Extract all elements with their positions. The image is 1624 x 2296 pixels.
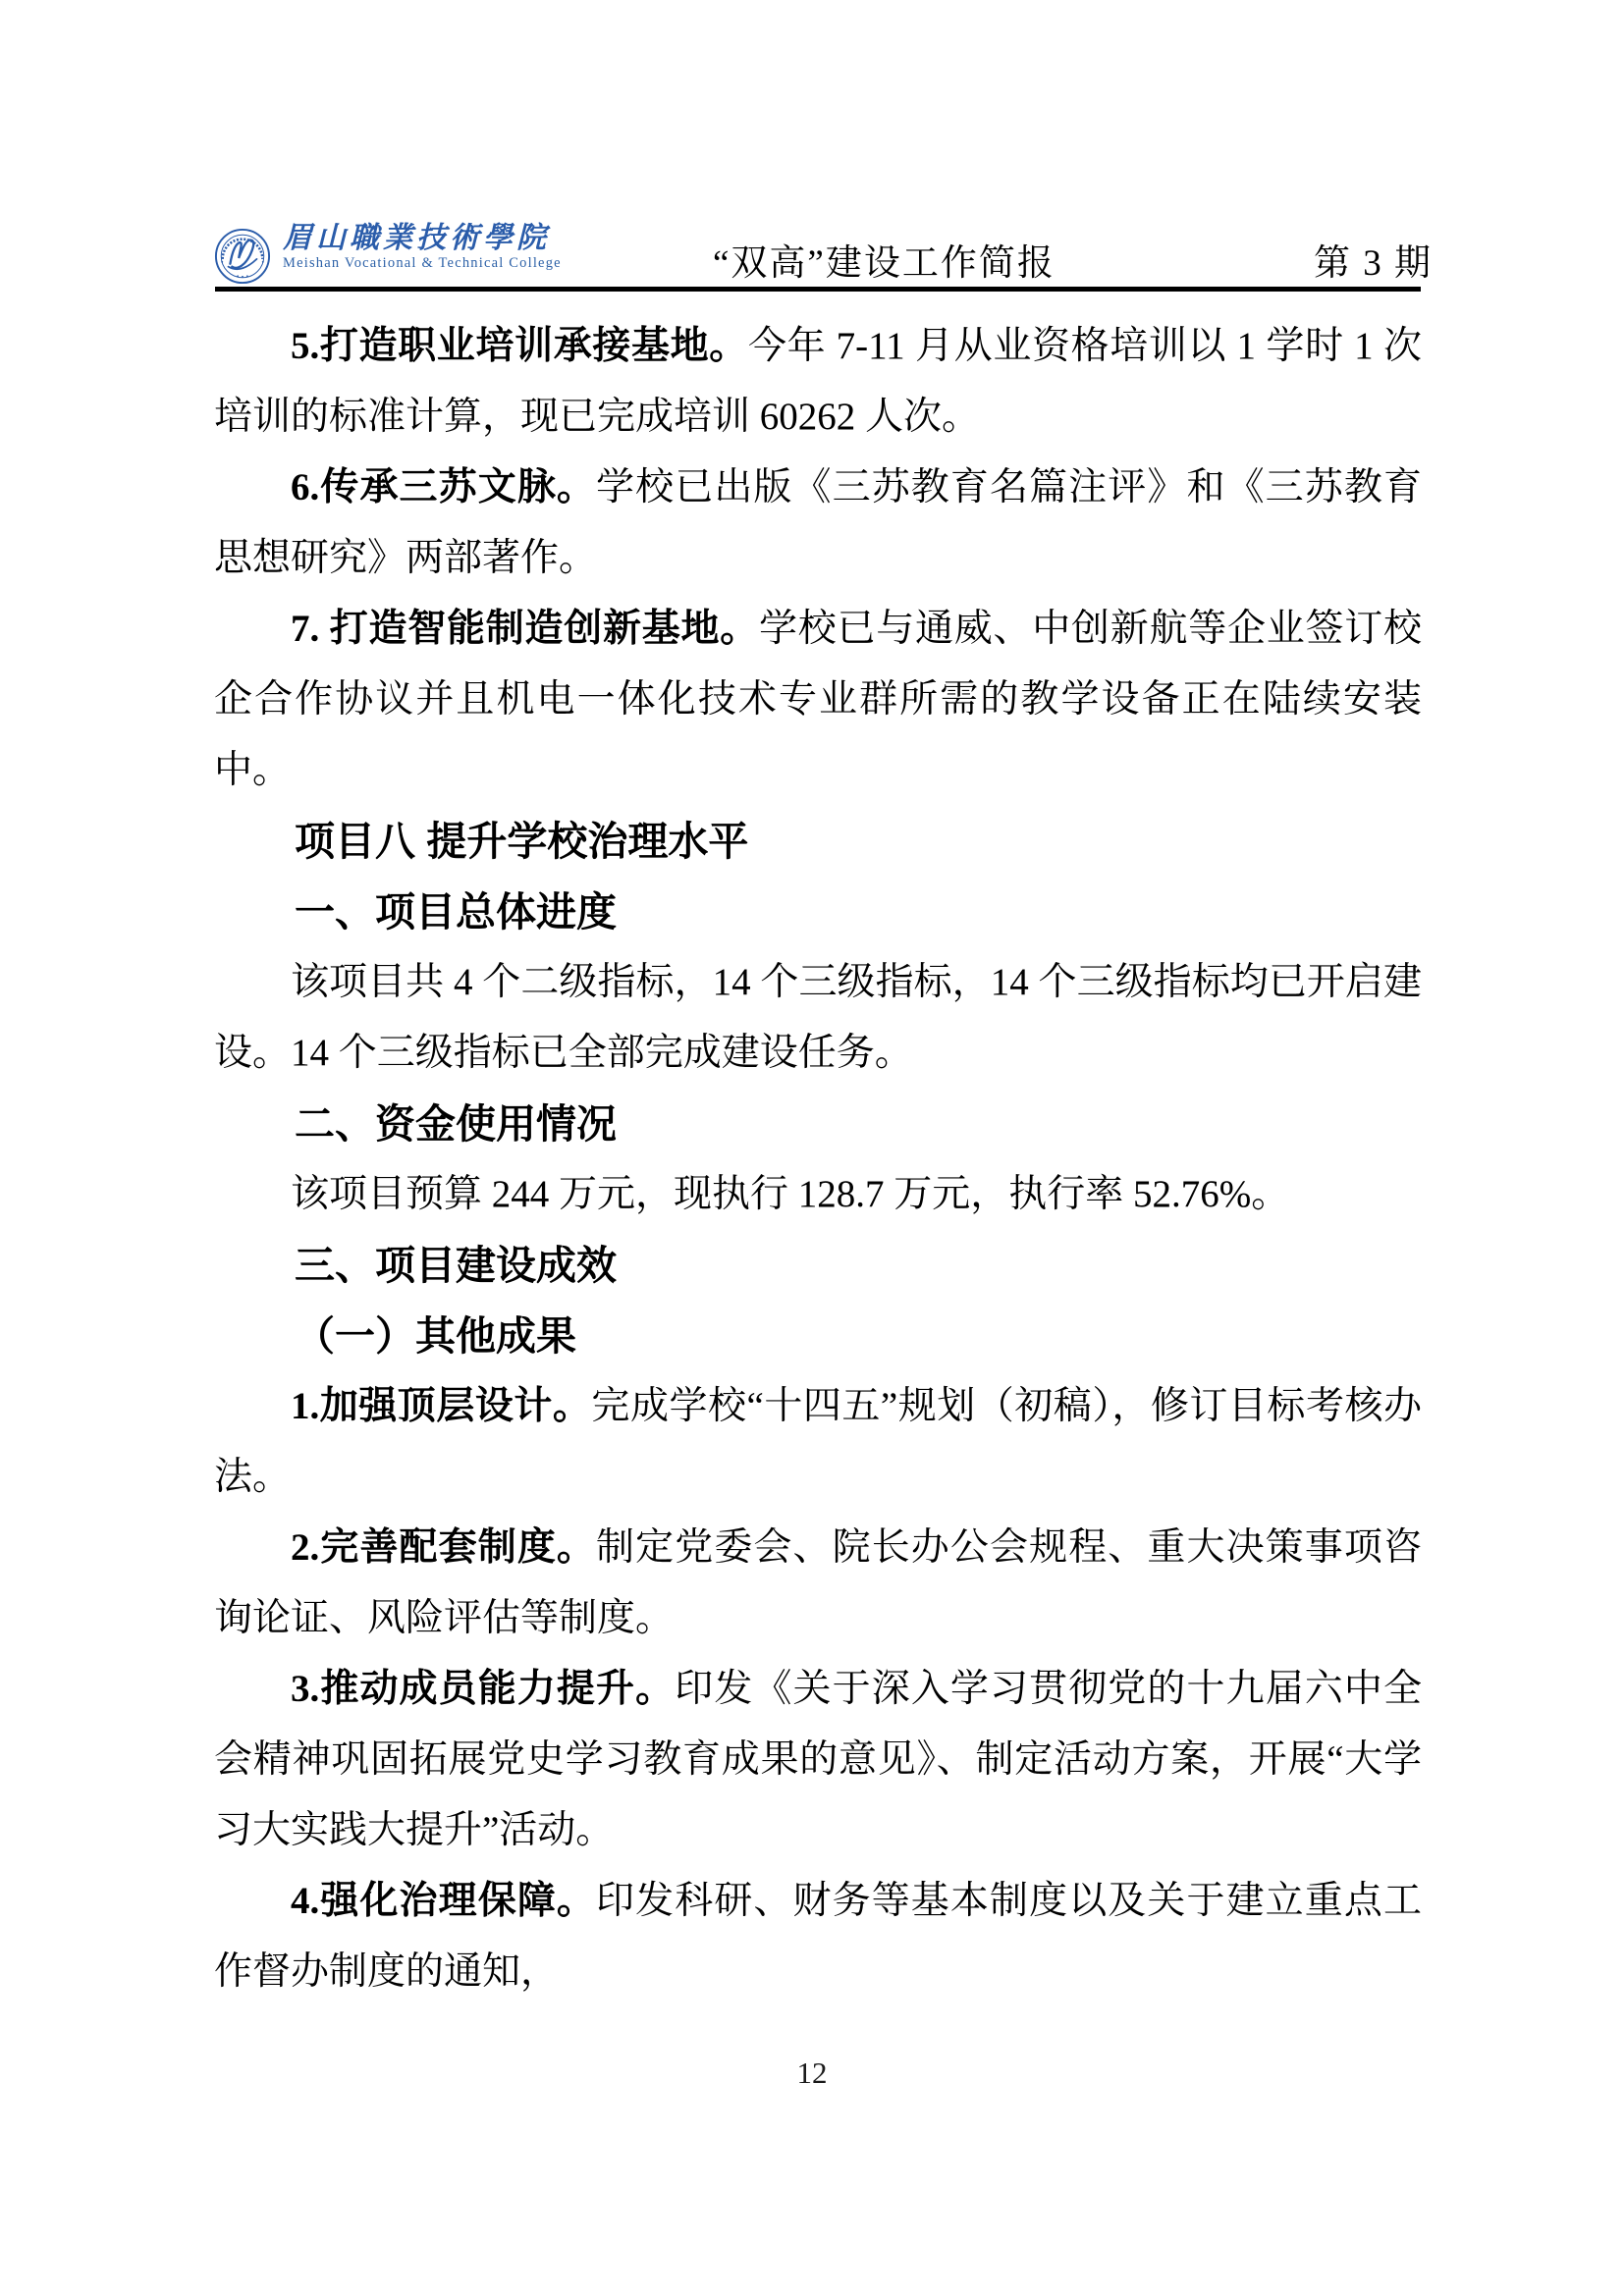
header-rule bbox=[215, 287, 1421, 292]
paragraph-lead: 1.加强顶层设计。 bbox=[291, 1385, 591, 1427]
issue-number: 第 3 期 bbox=[1314, 245, 1433, 282]
paragraph: 6.传承三苏文脉。学校已出版《三苏教育名篇注评》和《三苏教育思想研究》两部著作。 bbox=[214, 453, 1422, 594]
paragraph-lead: 2.完善配套制度。 bbox=[291, 1526, 596, 1569]
college-name-block: 眉山職業技術學院 Meishan Vocational & Technical … bbox=[283, 222, 562, 271]
college-name-zh: 眉山職業技術學院 bbox=[283, 222, 562, 255]
paragraph-text: 一、项目总体进度 bbox=[295, 889, 617, 934]
section-heading: 项目八 提升学校治理水平 bbox=[214, 806, 1422, 877]
college-name-en: Meishan Vocational & Technical College bbox=[283, 255, 562, 271]
paragraph-lead: 5.打造职业培训承接基地。 bbox=[291, 325, 748, 367]
paragraph-text: 该项目共 4 个二级指标，14 个三级指标，14 个三级指标均已开启建设。14 … bbox=[214, 961, 1422, 1074]
paragraph-lead: 4.强化治理保障。 bbox=[291, 1880, 596, 1922]
paragraph-text: 三、项目建设成效 bbox=[295, 1243, 617, 1288]
paragraph: 该项目预算 244 万元，现执行 128.7 万元，执行率 52.76%。 bbox=[214, 1159, 1422, 1230]
paragraph: 2.完善配套制度。制定党委会、院长办公会规程、重大决策事项咨询论证、风险评估等制… bbox=[214, 1513, 1422, 1654]
subsection-heading: 二、资金使用情况 bbox=[214, 1089, 1422, 1159]
paragraph: 7. 打造智能制造创新基地。学校已与通威、中创新航等企业签订校企合作协议并且机电… bbox=[214, 594, 1422, 806]
paragraph: 4.强化治理保障。印发科研、财务等基本制度以及关于建立重点工作督办制度的通知， bbox=[214, 1866, 1422, 2007]
paragraph-text: 该项目预算 244 万元，现执行 128.7 万元，执行率 52.76%。 bbox=[291, 1173, 1289, 1215]
page-number: 12 bbox=[0, 2056, 1624, 2091]
paragraph: 3.推动成员能力提升。印发《关于深入学习贯彻党的十九届六中全会精神巩固拓展党史学… bbox=[214, 1654, 1422, 1866]
paragraph-text: （一）其他成果 bbox=[295, 1313, 576, 1359]
paragraph-lead: 3.推动成员能力提升。 bbox=[291, 1668, 675, 1710]
paragraph: 1.加强顶层设计。完成学校“十四五”规划（初稿），修订目标考核办法。 bbox=[214, 1371, 1422, 1513]
subsection-heading: 一、项目总体进度 bbox=[214, 877, 1422, 947]
paragraph-text: 二、资金使用情况 bbox=[295, 1101, 617, 1147]
paragraph: 该项目共 4 个二级指标，14 个三级指标，14 个三级指标均已开启建设。14 … bbox=[214, 947, 1422, 1089]
paragraph: 5.打造职业培训承接基地。今年 7-11 月从业资格培训以 1 学时 1 次培训… bbox=[214, 311, 1422, 453]
paragraph-text: 项目八 提升学校治理水平 bbox=[295, 819, 748, 864]
college-logo: 眉山職業技術學院 Meishan Vocational & Technical … bbox=[214, 222, 562, 285]
paragraph-lead: 7. 打造智能制造创新基地。 bbox=[291, 608, 759, 650]
document-page: 眉山職業技術學院 Meishan Vocational & Technical … bbox=[0, 0, 1624, 2296]
bulletin-title: “双高”建设工作简报 bbox=[713, 245, 1056, 282]
document-body: 5.打造职业培训承接基地。今年 7-11 月从业资格培训以 1 学时 1 次培训… bbox=[214, 311, 1422, 2007]
subsection-heading: 三、项目建设成效 bbox=[214, 1230, 1422, 1301]
paragraph-lead: 6.传承三苏文脉。 bbox=[291, 466, 596, 508]
college-emblem-icon bbox=[214, 228, 271, 285]
subsubsection-heading: （一）其他成果 bbox=[214, 1301, 1422, 1371]
